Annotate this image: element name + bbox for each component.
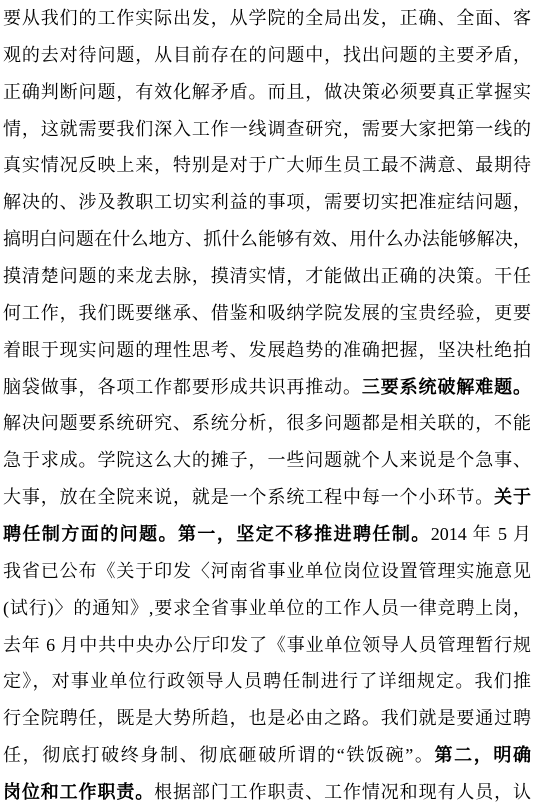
text-line: 要从我们的工作实际出发，从学院的全局出发，正确、全面、客 xyxy=(3,0,531,37)
text-segment: 摸清楚问题的来龙去脉，摸清实情，才能做出正确的决策。干任 xyxy=(3,266,531,286)
text-segment: 聘任制方面的问题。第一，坚定不移推进聘任制。 xyxy=(3,524,431,544)
text-segment: 解决的、涉及教职工切实利益的事项，需要切实把准症结问题， xyxy=(3,192,531,212)
text-segment: 三要系统破解难题。 xyxy=(362,377,531,397)
text-segment: 任，彻底打破终身制、彻底砸破所谓的“铁饭碗”。 xyxy=(3,745,434,765)
text-line: 定》，对事业单位行政领导人员聘任制进行了详细规定。我们推 xyxy=(3,663,531,700)
text-line: 岗位和工作职责。根据部门工作职责、工作情况和现有人员，认 xyxy=(3,774,531,811)
text-line: 聘任制方面的问题。第一，坚定不移推进聘任制。2014 年 5 月 xyxy=(3,516,531,553)
text-line: 任，彻底打破终身制、彻底砸破所谓的“铁饭碗”。第二，明确 xyxy=(3,737,531,774)
text-line: 着眼于现实问题的理性思考、发展趋势的准确把握，坚决杜绝拍 xyxy=(3,332,531,369)
text-line: (试行)〉的通知》,要求全省事业单位的工作人员一律竞聘上岗， xyxy=(3,590,531,627)
text-line: 脑袋做事，各项工作都要形成共识再推动。三要系统破解难题。 xyxy=(3,369,531,406)
text-segment: 急于求成。学院这么大的摊子，一些问题就个人来说是个急事、 xyxy=(3,450,531,470)
text-segment: 定》，对事业单位行政领导人员聘任制进行了详细规定。我们推 xyxy=(3,671,531,691)
text-line: 何工作，我们既要继承、借鉴和吸纳学院发展的宝贵经验，更要 xyxy=(3,295,531,332)
text-line: 情，这就需要我们深入工作一线调查研究，需要大家把第一线的 xyxy=(3,111,531,148)
text-segment: 正确判断问题，有效化解矛盾。而且，做决策必须要真正掌握实 xyxy=(3,82,531,102)
text-segment: 真实情况反映上来，特别是对于广大师生员工最不满意、最期待 xyxy=(3,155,531,175)
text-line: 解决问题要系统研究、系统分析，很多问题都是相关联的，不能 xyxy=(3,405,531,442)
text-segment: 脑袋做事，各项工作都要形成共识再推动。 xyxy=(3,377,362,397)
text-segment: 大事，放在全院来说，就是一个系统工程中每一个小环节。 xyxy=(3,487,494,507)
text-line: 急于求成。学院这么大的摊子，一些问题就个人来说是个急事、 xyxy=(3,442,531,479)
text-segment: 关于 xyxy=(494,487,531,507)
text-line: 我省已公布《关于印发〈河南省事业单位岗位设置管理实施意见 xyxy=(3,553,531,590)
text-line: 行全院聘任，既是大势所趋，也是必由之路。我们就是要通过聘 xyxy=(3,700,531,737)
text-segment: 着眼于现实问题的理性思考、发展趋势的准确把握，坚决杜绝拍 xyxy=(3,340,531,360)
text-segment: 何工作，我们既要继承、借鉴和吸纳学院发展的宝贵经验，更要 xyxy=(3,303,531,323)
text-line: 大事，放在全院来说，就是一个系统工程中每一个小环节。关于 xyxy=(3,479,531,516)
text-line: 观的去对待问题，从目前存在的问题中，找出问题的主要矛盾， xyxy=(3,37,531,74)
text-segment: 要从我们的工作实际出发，从学院的全局出发，正确、全面、客 xyxy=(3,8,531,28)
text-segment: 行全院聘任，既是大势所趋，也是必由之路。我们就是要通过聘 xyxy=(3,708,531,728)
text-line: 真实情况反映上来，特别是对于广大师生员工最不满意、最期待 xyxy=(3,147,531,184)
text-segment: 观的去对待问题，从目前存在的问题中，找出问题的主要矛盾， xyxy=(3,45,531,65)
text-segment: 我省已公布《关于印发〈河南省事业单位岗位设置管理实施意见 xyxy=(3,561,531,581)
text-line: 搞明白问题在什么地方、抓什么能够有效、用什么办法能够解决， xyxy=(3,221,531,258)
text-segment: 第二，明确 xyxy=(434,745,531,765)
text-line: 解决的、涉及教职工切实利益的事项，需要切实把准症结问题， xyxy=(3,184,531,221)
document-page: 要从我们的工作实际出发，从学院的全局出发，正确、全面、客观的去对待问题，从目前存… xyxy=(0,0,534,811)
text-segment: 搞明白问题在什么地方、抓什么能够有效、用什么办法能够解决， xyxy=(3,229,531,249)
text-line: 摸清楚问题的来龙去脉，摸清实情，才能做出正确的决策。干任 xyxy=(3,258,531,295)
text-line: 去年 6 月中共中央办公厅印发了《事业单位领导人员管理暂行规 xyxy=(3,627,531,664)
text-line: 正确判断问题，有效化解矛盾。而且，做决策必须要真正掌握实 xyxy=(3,74,531,111)
text-segment: 根据部门工作职责、工作情况和现有人员，认 xyxy=(154,782,531,802)
text-segment: 去年 6 月中共中央办公厅印发了《事业单位领导人员管理暂行规 xyxy=(3,635,531,655)
text-segment: (试行)〉的通知》,要求全省事业单位的工作人员一律竞聘上岗， xyxy=(3,598,531,618)
text-segment: 岗位和工作职责。 xyxy=(3,782,154,802)
text-segment: 情，这就需要我们深入工作一线调查研究，需要大家把第一线的 xyxy=(3,119,531,139)
text-segment: 2014 年 5 月 xyxy=(431,524,531,544)
text-segment: 解决问题要系统研究、系统分析，很多问题都是相关联的，不能 xyxy=(3,413,531,433)
